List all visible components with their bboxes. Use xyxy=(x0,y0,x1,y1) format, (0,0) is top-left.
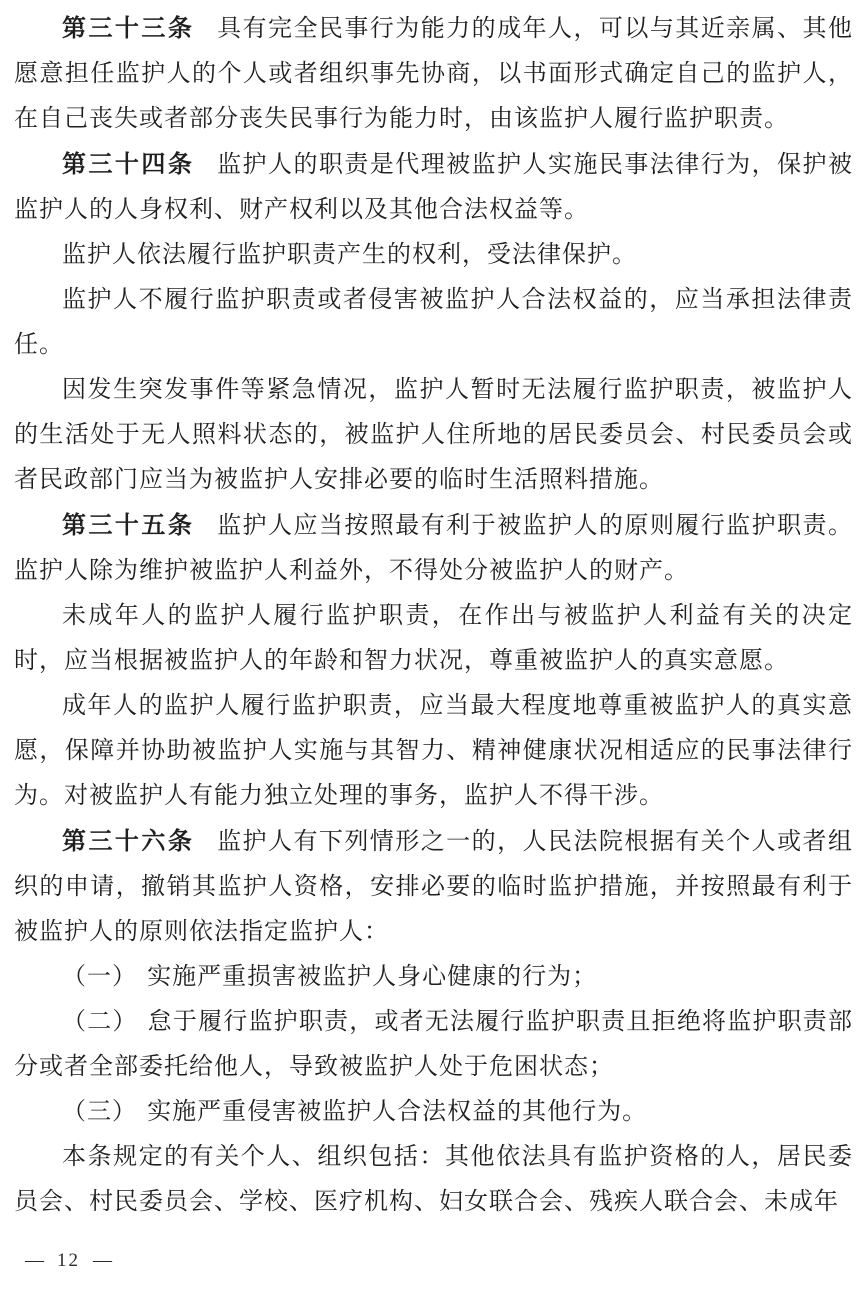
list-item-paragraph: （二）怠于履行监护职责，或者无法履行监护职责且拒绝将监护职责部分或者全部委托给他… xyxy=(14,1000,853,1090)
article-paragraph: 第三十六条监护人有下列情形之一的，人民法院根据有关个人或者组织的申请，撤销其监护… xyxy=(14,819,853,955)
article-number: 第三十五条 xyxy=(62,512,194,539)
article-number: 第三十六条 xyxy=(62,828,194,855)
paragraph-text: 实施严重损害被监护人身心健康的行为； xyxy=(147,964,597,990)
article-paragraph: 第三十三条具有完全民事行为能力的成年人，可以与其近亲属、其他愿意担任监护人的个人… xyxy=(14,6,853,142)
footer-right-dash: — xyxy=(93,1250,112,1272)
paragraph-text: 本条规定的有关个人、组织包括：其他依法具有监护资格的人，居民委员会、村民委员会、… xyxy=(14,1144,853,1215)
paragraph-text: 监护人依法履行监护职责产生的权利，受法律保护。 xyxy=(62,242,637,268)
document-page: 第三十三条具有完全民事行为能力的成年人，可以与其近亲属、其他愿意担任监护人的个人… xyxy=(0,0,867,1289)
document-content: 第三十三条具有完全民事行为能力的成年人，可以与其近亲属、其他愿意担任监护人的个人… xyxy=(14,6,853,1225)
body-paragraph: 本条规定的有关个人、组织包括：其他依法具有监护资格的人，居民委员会、村民委员会、… xyxy=(14,1135,853,1225)
item-marker: （二） xyxy=(62,1009,138,1035)
body-paragraph: 监护人不履行监护职责或者侵害被监护人合法权益的，应当承担法律责任。 xyxy=(14,278,853,368)
list-item-paragraph: （三）实施严重侵害被监护人合法权益的其他行为。 xyxy=(14,1090,853,1135)
article-number: 第三十四条 xyxy=(62,151,194,178)
article-paragraph: 第三十四条监护人的职责是代理被监护人实施民事法律行为，保护被监护人的人身权利、财… xyxy=(14,142,853,233)
body-paragraph: 监护人依法履行监护职责产生的权利，受法律保护。 xyxy=(14,233,853,278)
paragraph-text: 因发生突发事件等紧急情况，监护人暂时无法履行监护职责，被监护人的生活处于无人照料… xyxy=(14,377,853,493)
body-paragraph: 因发生突发事件等紧急情况，监护人暂时无法履行监护职责，被监护人的生活处于无人照料… xyxy=(14,368,853,503)
paragraph-text: 怠于履行监护职责，或者无法履行监护职责且拒绝将监护职责部分或者全部委托给他人，导… xyxy=(14,1009,853,1080)
paragraph-text: 实施严重侵害被监护人合法权益的其他行为。 xyxy=(147,1099,647,1125)
body-paragraph: 未成年人的监护人履行监护职责，在作出与被监护人利益有关的决定时，应当根据被监护人… xyxy=(14,594,853,684)
footer-left-dash: — xyxy=(25,1250,44,1272)
article-number: 第三十三条 xyxy=(62,15,194,42)
item-marker: （一） xyxy=(62,964,137,990)
paragraph-text: 未成年人的监护人履行监护职责，在作出与被监护人利益有关的决定时，应当根据被监护人… xyxy=(14,603,853,674)
page-number: 12 xyxy=(57,1250,80,1272)
paragraph-text: 监护人不履行监护职责或者侵害被监护人合法权益的，应当承担法律责任。 xyxy=(14,287,853,358)
body-paragraph: 成年人的监护人履行监护职责，应当最大程度地尊重被监护人的真实意愿，保障并协助被监… xyxy=(14,684,853,819)
article-paragraph: 第三十五条监护人应当按照最有利于被监护人的原则履行监护职责。监护人除为维护被监护… xyxy=(14,503,853,594)
paragraph-text: 成年人的监护人履行监护职责，应当最大程度地尊重被监护人的真实意愿，保障并协助被监… xyxy=(14,693,853,809)
item-marker: （三） xyxy=(62,1099,137,1125)
page-footer: — 12 — xyxy=(25,1250,112,1272)
list-item-paragraph: （一）实施严重损害被监护人身心健康的行为； xyxy=(14,955,853,1000)
